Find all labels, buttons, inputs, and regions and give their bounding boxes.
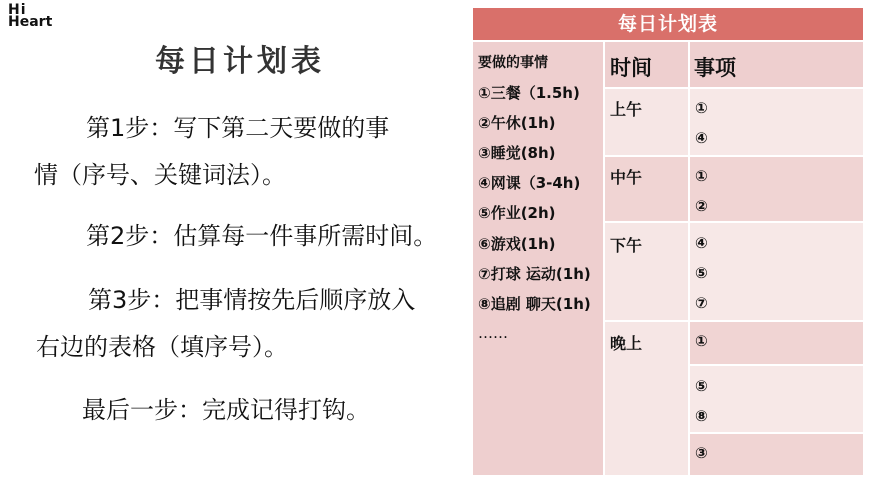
period-evening: 晚上	[605, 322, 688, 475]
item-mark: ⑤	[695, 264, 708, 282]
todo-item: ⑧追剧 聊天(1h)	[478, 293, 591, 314]
period-label: 上午	[610, 97, 642, 120]
item-mark: ⑤	[695, 377, 708, 395]
todo-item: ②午休(1h)	[478, 112, 556, 133]
item-mark: ④	[695, 234, 708, 252]
hiheart-logo: Hi Heart	[6, 4, 66, 30]
period-label: 晚上	[610, 331, 642, 354]
items-evening-3: ③	[690, 434, 863, 475]
page-title: 每日计划表	[140, 36, 340, 80]
logo-line2: Heart	[8, 16, 52, 29]
time-header: 时间	[610, 52, 652, 82]
period-afternoon: 下午	[605, 223, 688, 320]
items-evening-1: ①	[690, 322, 863, 364]
items-noon: ① ②	[690, 157, 863, 221]
item-mark: ①	[695, 332, 708, 350]
step-3-line1: 第3步：把事情按先后顺序放入	[88, 280, 415, 315]
item-mark: ④	[695, 129, 708, 147]
step-final: 最后一步：完成记得打钩。	[82, 390, 370, 425]
item-mark: ③	[695, 444, 708, 462]
todo-column: 要做的事情 ①三餐（1.5h) ②午休(1h) ③睡觉(8h) ④网课（3-4h…	[473, 42, 603, 475]
daily-plan-table: 每日计划表 要做的事情 ①三餐（1.5h) ②午休(1h) ③睡觉(8h) ④网…	[473, 8, 863, 475]
item-mark: ②	[695, 197, 708, 215]
step-1-line2: 情（序号、关键词法）。	[34, 155, 286, 190]
step-3-line2: 右边的表格（填序号）。	[36, 327, 288, 362]
time-header-cell: 时间	[605, 42, 688, 87]
period-label: 下午	[610, 233, 642, 256]
item-header-cell: 事项	[690, 42, 863, 87]
todo-more: ……	[478, 324, 508, 342]
items-afternoon: ④ ⑤ ⑦	[690, 223, 863, 320]
items-morning: ① ④	[690, 89, 863, 155]
period-noon: 中午	[605, 157, 688, 221]
todo-item: ③睡觉(8h)	[478, 142, 556, 163]
item-header: 事项	[694, 52, 736, 82]
todo-item: ⑦打球 运动(1h)	[478, 263, 591, 284]
todo-header: 要做的事情	[478, 52, 548, 72]
items-evening-2: ⑤ ⑧	[690, 366, 863, 432]
item-mark: ⑧	[695, 407, 708, 425]
todo-item: ⑥游戏(1h)	[478, 233, 556, 254]
step-2: 第2步：估算每一件事所需时间。	[86, 216, 437, 251]
item-mark: ①	[695, 99, 708, 117]
item-mark: ⑦	[695, 294, 708, 312]
todo-item: ①三餐（1.5h)	[478, 82, 580, 103]
item-mark: ①	[695, 167, 708, 185]
table-title: 每日计划表	[473, 8, 863, 40]
period-morning: 上午	[605, 89, 688, 155]
period-label: 中午	[610, 165, 642, 188]
step-1-line1: 第1步：写下第二天要做的事	[86, 108, 389, 143]
todo-item: ④网课（3-4h)	[478, 172, 580, 193]
todo-item: ⑤作业(2h)	[478, 202, 556, 223]
